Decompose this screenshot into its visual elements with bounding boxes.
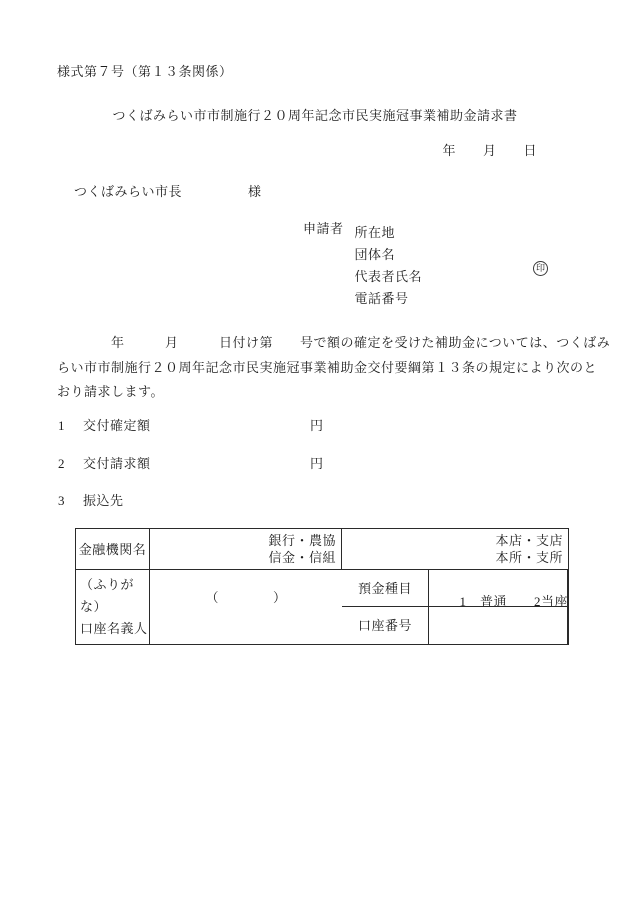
request-items: 1 交付確定額 円 2 交付請求額 円 3 振込先 [57, 419, 457, 532]
applicant-label: 申請者 [303, 222, 344, 310]
document-page: 様式第７号（第１３条関係） つくばみらい市市制施行２０周年記念市民実施冠事業補助… [0, 0, 630, 903]
page-title: つくばみらい市市制施行２０周年記念市民実施冠事業補助金請求書 [0, 109, 630, 122]
cell-account-holder-label: （ふりがな） 口座名義人 [76, 570, 150, 644]
body-line: らい市市制施行２０周年記念市民実施冠事業補助金交付要綱第１３条の規定により次のと [57, 356, 617, 381]
bank-type-line: 信金・信組 [268, 549, 336, 567]
item-unit: 円 [310, 457, 324, 470]
item-label: 交付請求額 [83, 457, 151, 470]
applicant-field-phone: 電話番号 [355, 288, 423, 310]
applicant-fields: 所在地 団体名 代表者氏名 電話番号 [355, 222, 423, 310]
date-line: 年 月 日 [0, 144, 630, 157]
applicant-field-address: 所在地 [355, 222, 423, 244]
cell-account-number-value [429, 607, 568, 644]
cell-institution-label: 金融機関名 [76, 529, 150, 570]
seal-icon: 印 [533, 261, 548, 276]
form-number: 様式第７号（第１３条関係） [57, 65, 233, 78]
item-label: 振込先 [83, 494, 124, 507]
item-label: 交付確定額 [83, 419, 151, 432]
cell-bank-type: 銀行・農協 信金・信組 [150, 529, 342, 570]
deposit-option-line: 1 普通 2当座 [460, 594, 569, 607]
item-row-requested-amount: 2 交付請求額 円 [57, 457, 457, 471]
applicant-field-representative: 代表者氏名 [355, 266, 423, 288]
cell-account-holder-value: （ ） [150, 570, 342, 644]
branch-type-line: 本店・支店 [495, 532, 563, 550]
body-line: おり請求します。 [57, 380, 617, 405]
item-number: 1 [58, 419, 65, 432]
addressee-honorific: 様 [248, 184, 262, 199]
body-line: 年 月 日付け第 号で額の確定を受けた補助金については、つくばみ [57, 331, 617, 356]
cell-account-number-label: 口座番号 [342, 607, 429, 644]
branch-type-line: 本所・支所 [495, 549, 563, 567]
bank-transfer-table: 金融機関名 銀行・農協 信金・信組 本店・支店 本所・支所 預金種目 1 普通 … [75, 528, 569, 645]
cell-branch-type: 本店・支店 本所・支所 [342, 529, 568, 570]
applicant-section: 申請者 所在地 団体名 代表者氏名 電話番号 印 [303, 222, 563, 310]
item-unit: 円 [310, 419, 324, 432]
item-number: 2 [58, 457, 65, 470]
cell-deposit-options: 1 普通 2当座 3 その他（ ） [429, 570, 568, 607]
body-paragraph: 年 月 日付け第 号で額の確定を受けた補助金については、つくばみ らい市市制施行… [57, 331, 617, 405]
addressee-name: つくばみらい市長 [74, 184, 182, 199]
cell-deposit-label: 預金種目 [342, 570, 429, 607]
bank-type-line: 銀行・農協 [268, 532, 336, 550]
applicant-field-org-name: 団体名 [355, 244, 423, 266]
item-row-confirmed-amount: 1 交付確定額 円 [57, 419, 457, 433]
furigana-label: （ふりがな） [80, 574, 149, 618]
holder-label: 口座名義人 [80, 618, 149, 640]
addressee-line: つくばみらい市長様 [74, 185, 262, 198]
item-row-transfer-destination: 3 振込先 [57, 494, 457, 508]
item-number: 3 [58, 494, 65, 507]
